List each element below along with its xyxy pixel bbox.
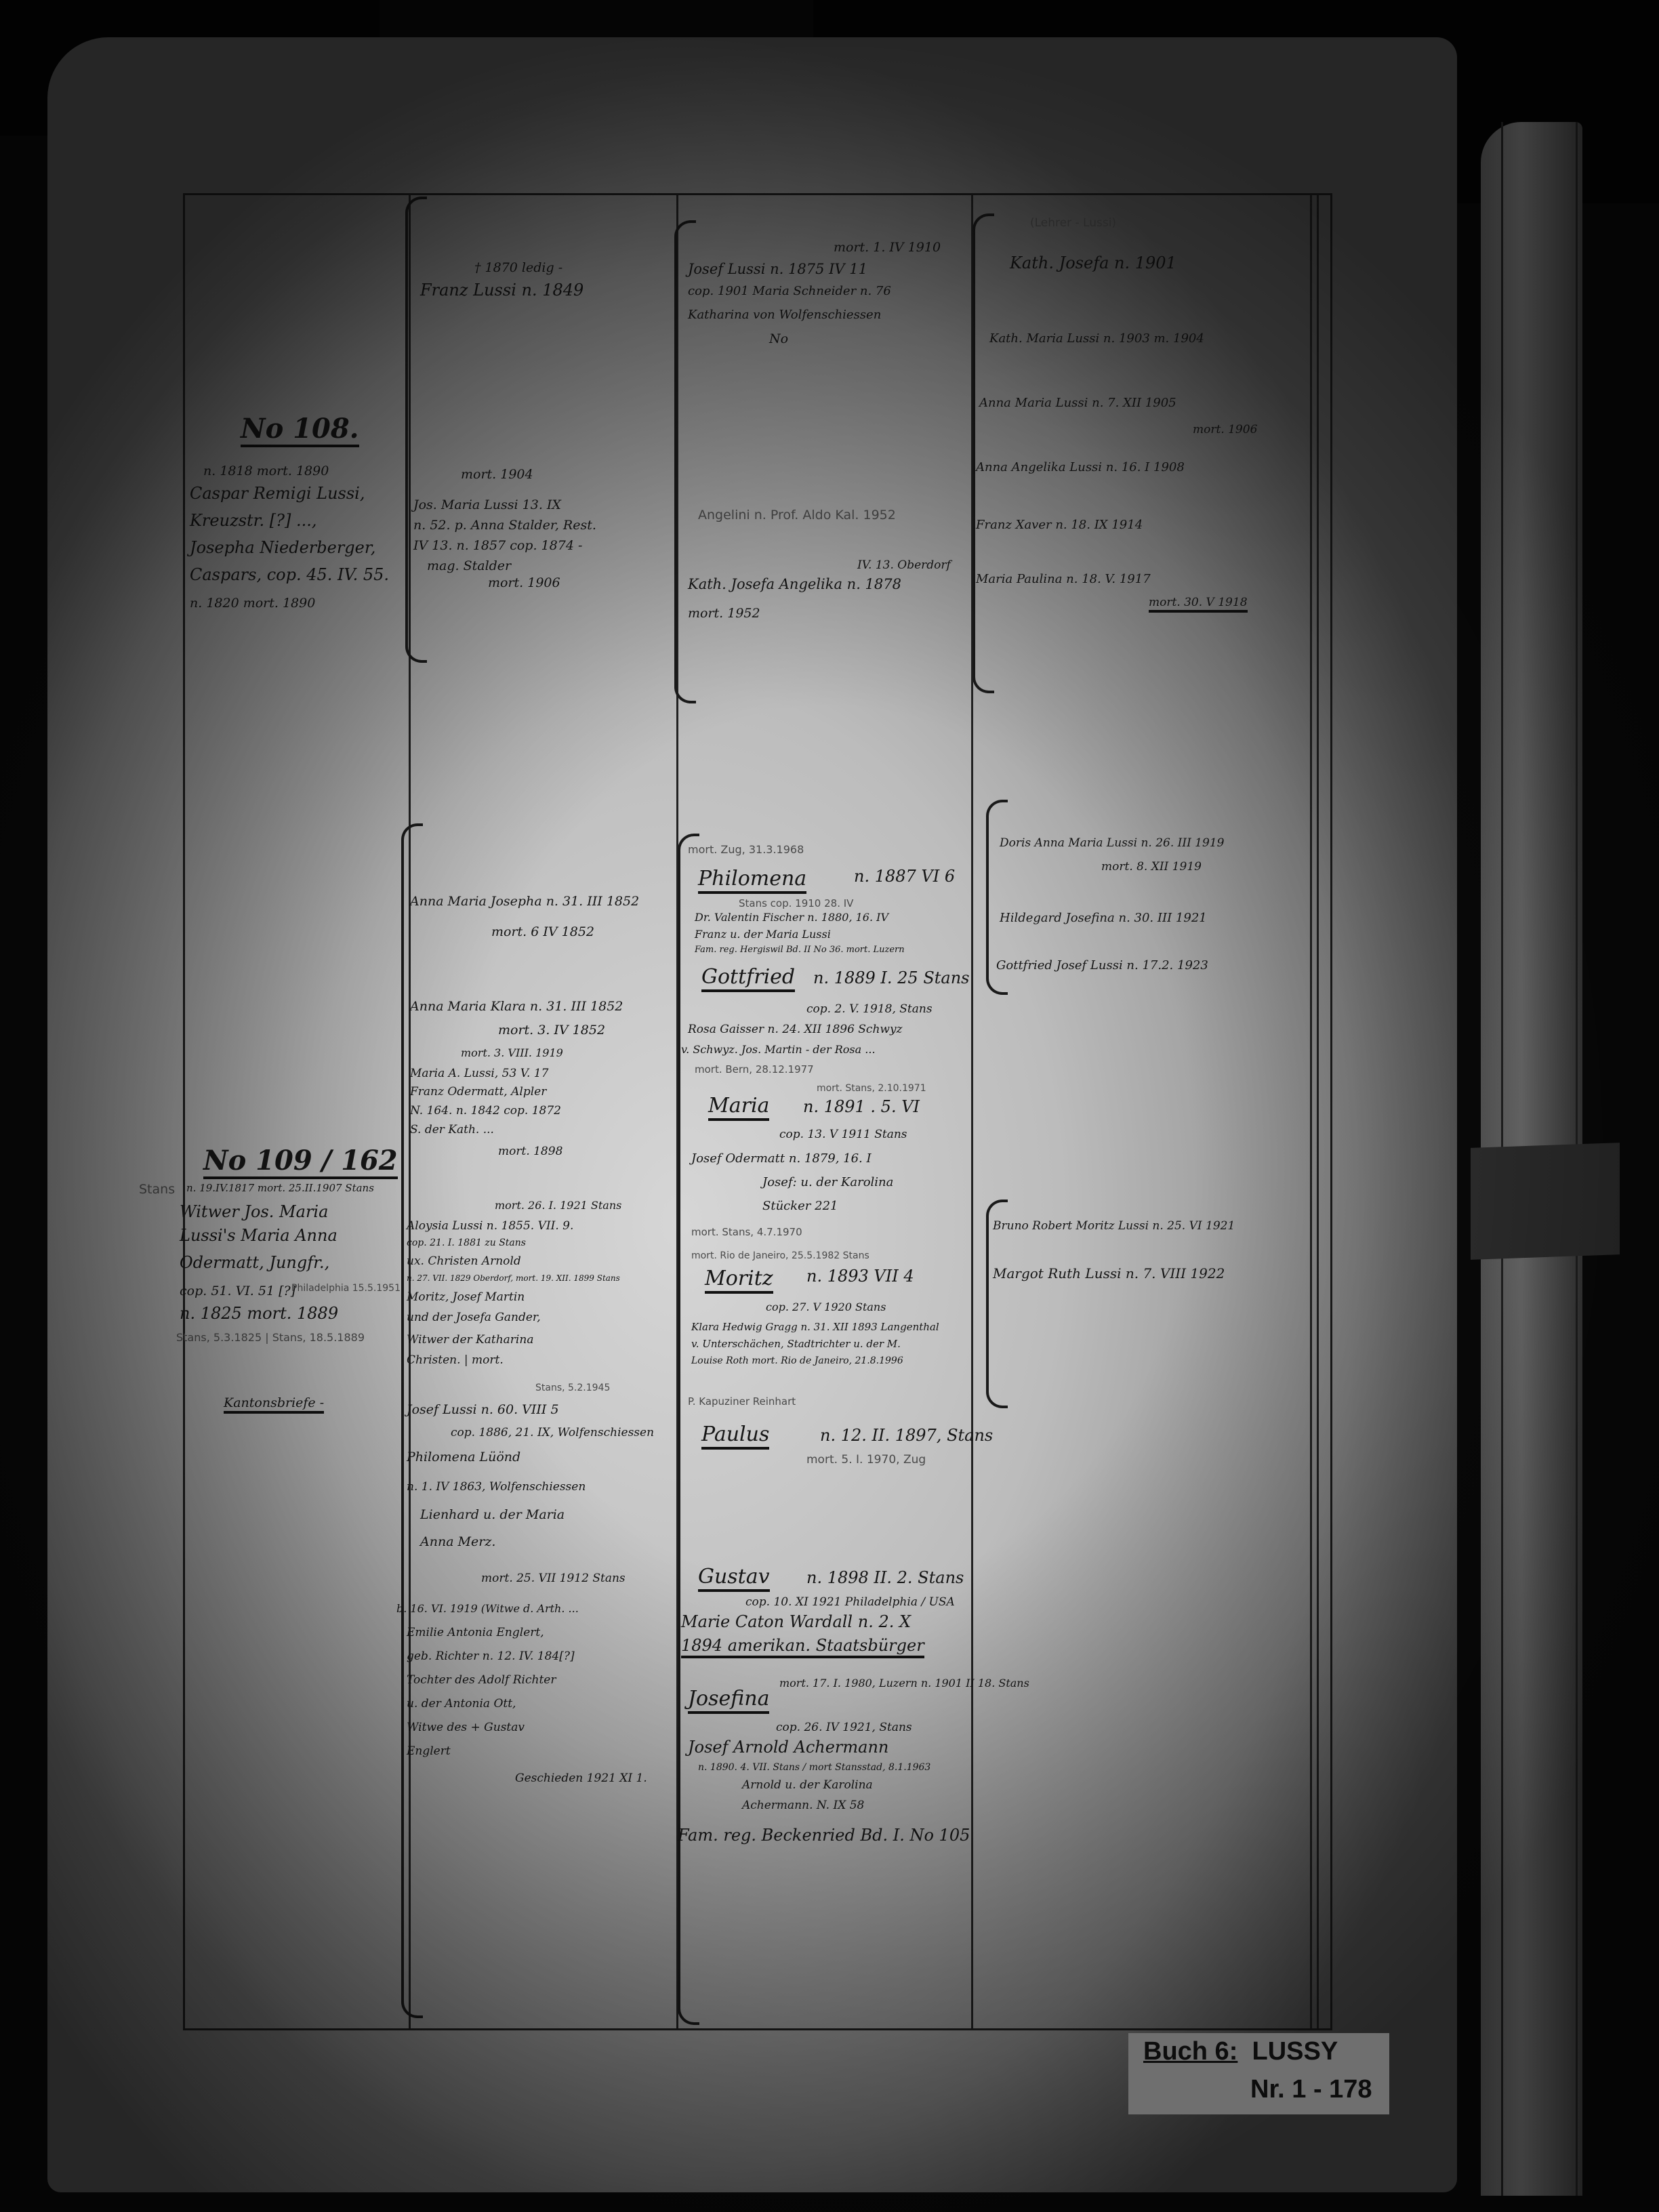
archive-label: Buch 6: LUSSY Nr. 1 - 178	[1128, 2033, 1389, 2114]
great-grandchild: Anna Maria Lussi n. 7. XII 1905	[979, 396, 1176, 411]
grandchild-line: Dr. Valentin Fischer n. 1880, 16. IV	[695, 912, 888, 924]
great-grandchild: Franz Xaver n. 18. IX 1914	[976, 518, 1143, 533]
family-name: LUSSY	[1252, 2037, 1338, 2066]
child-line: b. 16. VI. 1919 (Witwe d. Arth. ...	[396, 1603, 579, 1615]
child-line: IV 13. n. 1857 cop. 1874 -	[413, 539, 582, 554]
grandchild-date: n. 1887 VI 6	[854, 867, 955, 886]
child-entry: mort. 25. VII 1912 Stans	[481, 1572, 626, 1586]
grandchild-line: mort. 1952	[688, 607, 760, 621]
grandchild-date: n. 1893 VII 4	[806, 1267, 914, 1286]
grandchild-faint: Angelini n. Prof. Aldo Kal. 1952	[698, 508, 896, 523]
child-entry: Geschieden 1921 XI 1.	[515, 1772, 647, 1786]
great-grandchild: Hildegard Josefina n. 30. III 1921	[1000, 912, 1207, 926]
grandchild-line: Klara Hedwig Gragg n. 31. XII 1893 Lange…	[691, 1322, 939, 1333]
book-label: Buch 6:	[1143, 2037, 1237, 2066]
grandchild-line: Katharina von Wolfenschiessen	[688, 308, 881, 323]
child-line: Jos. Maria Lussi 13. IX	[413, 498, 561, 513]
entry-108-line: Caspars, cop. 45. IV. 55.	[190, 566, 389, 585]
child-line: Witwer der Katharina	[407, 1334, 533, 1347]
entry-108-dates-top: n. 1818 mort. 1890	[203, 464, 329, 479]
number-range: Nr. 1 - 178	[1250, 2075, 1372, 2104]
child-line: n. 1. IV 1863, Wolfenschiessen	[407, 1481, 586, 1494]
child-line: Christen. | mort.	[407, 1354, 504, 1368]
child-line: ux. Christen Arnold	[407, 1255, 521, 1269]
bracket	[405, 197, 427, 663]
child-line: Emilie Antonia Englert,	[407, 1626, 544, 1640]
child-line: Franz Odermatt, Alpler	[410, 1086, 546, 1099]
grandchild-line: v. Schwyz. Jos. Martin - der Rosa ...	[681, 1044, 876, 1056]
grandchild-line: Marie Caton Wardall n. 2. X	[681, 1613, 911, 1632]
grandchild-line: cop. 13. V 1911 Stans	[779, 1128, 907, 1142]
grandchild-faint: P. Kapuziner Reinhart	[688, 1396, 796, 1408]
great-grandchild: Gottfried Josef Lussi n. 17.2. 1923	[996, 959, 1208, 973]
grandchild-mort: mort. 1. IV 1910	[834, 241, 941, 255]
entry-109-faint-bottom: Stans, 5.3.1825 | Stans, 18.5.1889	[176, 1332, 365, 1344]
child-line: Anna Merz.	[420, 1535, 495, 1550]
grandchild-line: Josef: u. der Karolina	[762, 1176, 893, 1190]
grandchild-name: Paulus	[701, 1423, 769, 1450]
child-line: Maria A. Lussi, 53 V. 17	[410, 1067, 548, 1081]
grandchild-name: Philomena	[698, 867, 806, 894]
child-line: mag. Stalder	[427, 559, 511, 574]
child-line: mort. 1898	[498, 1145, 562, 1159]
entry-109-dates-top: n. 19.IV.1817 mort. 25.II.1907 Stans	[186, 1183, 374, 1194]
child-line: Moritz, Josef Martin	[407, 1291, 525, 1305]
entry-108-dates-bottom: n. 1820 mort. 1890	[190, 596, 315, 611]
entry-109-faint-note: Philadelphia 15.5.1951	[291, 1283, 401, 1294]
child-entry-sub: mort. 6 IV 1852	[491, 925, 594, 940]
entry-108-line: Caspar Remigi Lussi,	[190, 485, 365, 504]
child-line: geb. Richter n. 12. IV. 184[?]	[407, 1650, 575, 1664]
child-entry-sub: mort. 3. IV 1852	[498, 1023, 605, 1038]
grandchild-date: n. 1891 . 5. VI	[803, 1098, 920, 1117]
entry-109-remark: Kantonsbriefe -	[224, 1396, 324, 1414]
grandchild-faint: mort. 5. I. 1970, Zug	[806, 1454, 926, 1467]
grandchild-line: cop. 10. XI 1921 Philadelphia / USA	[745, 1596, 955, 1610]
family-register-ref: Fam. reg. Beckenried Bd. I. No 105	[678, 1826, 970, 1845]
grandchild-faint: mort. Rio de Janeiro, 25.5.1982 Stans	[691, 1250, 869, 1261]
grandchild-line: v. Unterschächen, Stadtrichter u. der M.	[691, 1338, 901, 1350]
entry-109-dates-bottom: n. 1825 mort. 1889	[180, 1305, 338, 1324]
grandchild-kath-note: IV. 13. Oberdorf	[857, 559, 951, 573]
grandchild-line: Franz u. der Maria Lussi	[695, 928, 831, 941]
child-line: N. 164. n. 1842 cop. 1872	[410, 1105, 561, 1118]
grandchild-faint: mort. Stans, 4.7.1970	[691, 1227, 802, 1238]
child-line: Tochter des Adolf Richter	[407, 1674, 556, 1687]
page-clip-tab	[1471, 1143, 1620, 1260]
grandchild-line: Kath. Josefa Angelika n. 1878	[688, 576, 901, 592]
grandchild-date: n. 1898 II. 2. Stans	[806, 1569, 964, 1588]
grandchild-line: cop. 26. IV 1921, Stans	[776, 1721, 912, 1735]
grandchild-line: Rosa Gaisser n. 24. XII 1896 Schwyz	[688, 1023, 903, 1037]
child-note: † 1870 ledig -	[474, 261, 562, 276]
child-line: cop. 21. I. 1881 zu Stans	[407, 1237, 526, 1248]
entry-109-line: cop. 51. VI. 51 [?]	[180, 1284, 295, 1299]
great-grandchild: mort. 1906	[1193, 424, 1257, 437]
child-line: S. der Kath. ...	[410, 1124, 494, 1137]
grandchild-line: No	[769, 332, 788, 347]
entry-109-line: Witwer Jos. Maria	[180, 1203, 328, 1222]
grandchild-line: Arnold u. der Karolina	[742, 1779, 873, 1793]
child-line: n. 52. p. Anna Stalder, Rest.	[413, 518, 596, 533]
grandchild-faint: mort. Zug, 31.3.1968	[688, 844, 804, 856]
grandchild-name: Gottfried	[701, 966, 795, 992]
child-name: Franz Lussi n. 1849	[420, 281, 583, 300]
child-line: Englert	[407, 1745, 451, 1759]
great-grandchild-faint: (Lehrer - Lussi)	[1030, 217, 1116, 230]
child-line: Philomena Lüönd	[407, 1450, 520, 1465]
grandchild-name: Gustav	[698, 1565, 770, 1592]
entry-number-108: No 108.	[241, 413, 359, 447]
bracket	[972, 213, 994, 693]
great-grandchild: Anna Angelika Lussi n. 16. I 1908	[976, 461, 1185, 475]
grandchild-line: cop. 1901 Maria Schneider n. 76	[688, 285, 891, 299]
grandchild-line: Josef Odermatt n. 1879, 16. I	[691, 1152, 872, 1166]
grandchild-name: Moritz	[705, 1267, 773, 1294]
grandchild-date: mort. 17. I. 1980, Luzern n. 1901 II 18.…	[779, 1677, 1029, 1689]
grandchild-line: 1894 amerikan. Staatsbürger	[681, 1637, 924, 1658]
grandchild-line: Stücker 221	[762, 1200, 838, 1214]
child-entry: Anna Maria Josepha n. 31. III 1852	[410, 895, 639, 909]
entry-109-line: Odermatt, Jungfr.,	[180, 1254, 329, 1273]
entry-number-109: No 109 / 162	[203, 1145, 398, 1179]
grandchild-line: Josef Lussi n. 1875 IV 11	[688, 261, 867, 277]
great-grandchild: Maria Paulina n. 18. V. 1917	[976, 573, 1151, 587]
entry-108-line: Kreuzstr. [?] ...,	[190, 512, 317, 531]
child-entry: Anna Maria Klara n. 31. III 1852	[410, 1000, 623, 1015]
grandchild-line: Achermann. N. IX 58	[742, 1799, 864, 1813]
entry-109-line: Lussi's Maria Anna	[180, 1227, 337, 1246]
child-line: Aloysia Lussi n. 1855. VII. 9.	[407, 1220, 573, 1233]
child-entry: mort. 26. I. 1921 Stans	[495, 1200, 621, 1212]
great-grandchild: Kath. Josefa n. 1901	[1010, 254, 1176, 273]
great-grandchild: mort. 8. XII 1919	[1101, 861, 1202, 874]
child-line: n. 27. VII. 1829 Oberdorf, mort. 19. XII…	[407, 1274, 620, 1284]
grandchild-name: Maria	[708, 1094, 769, 1121]
child-faint: Stans, 5.2.1945	[535, 1382, 610, 1393]
child-line: Witwe des + Gustav	[407, 1721, 525, 1735]
child-line: u. der Antonia Ott,	[407, 1698, 516, 1711]
bracket	[678, 834, 699, 2025]
child-entry: Josef Lussi n. 60. VIII 5	[407, 1403, 559, 1418]
child-line: und der Josefa Gander,	[407, 1311, 541, 1325]
child-line: mort. 1906	[488, 576, 560, 591]
grandchild-date: n. 1889 I. 25 Stans	[813, 969, 970, 988]
grandchild-faint: mort. Stans, 2.10.1971	[817, 1083, 926, 1094]
child-entry: mort. 3. VIII. 1919	[461, 1047, 563, 1059]
grandchild-line: Fam. reg. Hergiswil Bd. II No 36. mort. …	[695, 945, 905, 956]
grandchild-line: n. 1890. 4. VII. Stans / mort Stansstad,…	[698, 1762, 930, 1773]
grandchild-name: Josefina	[688, 1687, 769, 1714]
great-grandchild: Doris Anna Maria Lussi n. 26. III 1919	[1000, 837, 1224, 851]
grandchild-date: n. 12. II. 1897, Stans	[820, 1427, 993, 1446]
child-mort: mort. 1904	[461, 468, 533, 483]
grandchild-line: Louise Roth mort. Rio de Janeiro, 21.8.1…	[691, 1355, 903, 1366]
child-line: cop. 1886, 21. IX, Wolfenschiessen	[451, 1427, 654, 1440]
entry-109-side-note: Stans	[139, 1183, 175, 1197]
great-grandchild: Kath. Maria Lussi n. 1903 m. 1904	[989, 332, 1204, 346]
great-grandchild: mort. 30. V 1918	[1149, 596, 1248, 613]
grandchild-faint: Stans cop. 1910 28. IV	[739, 898, 853, 909]
grandchild-faint: mort. Bern, 28.12.1977	[695, 1064, 814, 1076]
great-grandchild: Margot Ruth Lussi n. 7. VIII 1922	[993, 1266, 1225, 1282]
entry-108-line: Josepha Niederberger,	[190, 539, 375, 558]
grandchild-line: cop. 2. V. 1918, Stans	[806, 1003, 933, 1017]
grandchild-line: Josef Arnold Achermann	[688, 1738, 888, 1757]
grandchild-line: cop. 27. V 1920 Stans	[766, 1301, 886, 1313]
child-line: Lienhard u. der Maria	[420, 1508, 565, 1523]
great-grandchild: Bruno Robert Moritz Lussi n. 25. VI 1921	[993, 1220, 1235, 1233]
